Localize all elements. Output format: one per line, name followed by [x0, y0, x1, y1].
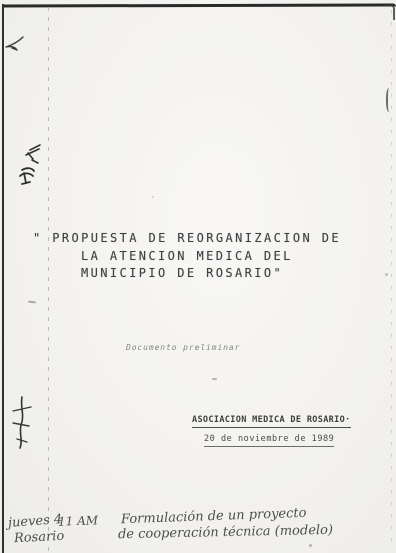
- scan-edge-corner: [385, 5, 395, 20]
- document-title-line-2: LA ATENCION MEDICA DEL: [81, 249, 293, 263]
- organization-name: ASOCIACION MEDICA DE ROSARIO·: [192, 415, 351, 428]
- stray-mark: [212, 378, 217, 380]
- margin-scribble-middle: [14, 140, 46, 192]
- stray-mark: [385, 273, 388, 276]
- margin-scribble-top: [3, 34, 29, 54]
- document-title-line-3: MUNICIPIO DE ROSARIO": [81, 266, 283, 280]
- handwritten-note-line-2: de cooperación técnica (modelo): [118, 523, 333, 543]
- margin-scribble-lower: [8, 395, 36, 451]
- document-date: 20 de noviembre de 1989: [204, 434, 334, 447]
- handwritten-city: Rosario: [14, 529, 65, 547]
- scan-edge-top: [2, 3, 396, 7]
- stray-mark: [309, 544, 312, 547]
- page-fold-line: [48, 7, 49, 553]
- stray-mark: [152, 196, 154, 198]
- document-subtitle: Documento preliminar: [126, 343, 240, 352]
- handwritten-time: 11 AM: [58, 513, 99, 528]
- document-title-line-1: " PROPUESTA DE REORGANIZACION DE: [33, 231, 341, 245]
- scan-edge-left: [2, 4, 4, 553]
- handwritten-day: jueves 4: [8, 512, 63, 531]
- stray-mark: [28, 300, 36, 303]
- scanned-document-page: " PROPUESTA DE REORGANIZACION DE LA ATEN…: [0, 0, 396, 553]
- scan-artifact-mark: [386, 88, 392, 112]
